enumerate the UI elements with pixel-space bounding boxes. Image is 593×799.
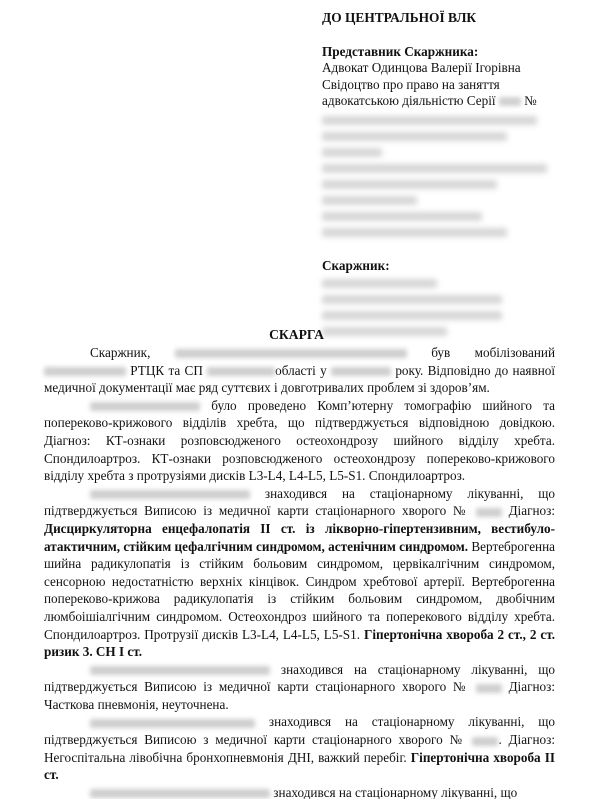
paragraph-hospitalization-1: знаходився на стаціонарному лікуванні, щ…	[44, 485, 555, 661]
text: знаходився на стаціонарному лікуванні, щ…	[273, 785, 517, 799]
redacted-complainant-name	[175, 349, 407, 358]
text: Скаржник,	[90, 345, 150, 360]
redacted-representative-details	[322, 116, 572, 237]
text: РТЦК та СП	[130, 363, 203, 378]
addressee-title: ДО ЦЕНТРАЛЬНОЇ ВЛК	[322, 10, 572, 27]
text: був мобілізований	[431, 345, 555, 360]
document-page: ДО ЦЕНТРАЛЬНОЇ ВЛК Представник Скаржника…	[0, 0, 593, 799]
text: Діагноз:	[509, 503, 555, 518]
redacted-region	[207, 367, 275, 376]
redacted-date-range	[90, 789, 270, 798]
complaint-body: Скаржник, був мобілізований РТЦК та СП о…	[44, 344, 555, 799]
certificate-series-text: адвокатською діяльністю Серії	[322, 93, 496, 108]
complainant-label: Скаржник:	[322, 258, 572, 275]
redacted-district	[44, 367, 126, 376]
redacted-record-number	[476, 508, 502, 517]
redacted-record-number	[472, 737, 498, 746]
redacted-date-range	[90, 719, 255, 728]
certificate-number-sign: №	[524, 93, 537, 108]
certificate-line: Свідоцтво про право на заняття	[322, 77, 572, 94]
redacted-date-range	[90, 666, 270, 675]
paragraph-hospitalization-4: знаходився на стаціонарному лікуванні, щ…	[44, 784, 555, 799]
paragraph-ct-scan: було проведено Комп’ютерну томографію ши…	[44, 397, 555, 485]
paragraph-hospitalization-2: знаходився на стаціонарному лікуванні, щ…	[44, 661, 555, 714]
redacted-date	[90, 402, 200, 411]
representative-name: Адвокат Одинцова Валерії Ігорівна	[322, 60, 572, 77]
representative-label: Представник Скаржника:	[322, 44, 572, 61]
redacted-record-number	[476, 684, 502, 693]
certificate-series-line: адвокатською діяльністю Серії №	[322, 93, 572, 110]
paragraph-mobilization: Скаржник, був мобілізований РТЦК та СП о…	[44, 344, 555, 397]
document-title: СКАРГА	[0, 327, 593, 343]
redacted-series	[499, 97, 521, 106]
redacted-date	[331, 367, 391, 376]
paragraph-hospitalization-3: знаходився на стаціонарному лікуванні, щ…	[44, 713, 555, 783]
addressee-block: ДО ЦЕНТРАЛЬНОЇ ВЛК Представник Скаржника…	[322, 10, 572, 343]
redacted-date-range	[90, 490, 250, 499]
text: області у	[275, 363, 327, 378]
